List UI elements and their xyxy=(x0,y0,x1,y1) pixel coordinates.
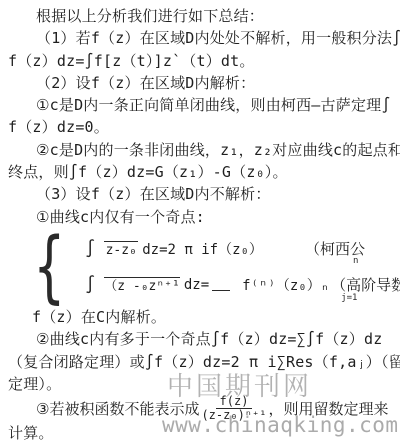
paragraph-case2-item1-formula: f（z）dz=0。 xyxy=(8,116,400,138)
derivative-note-subscript: j=1 xyxy=(341,293,357,303)
residue-fraction-numerator: f(z) xyxy=(216,395,253,409)
paragraph-case3-item1: ①曲线c内仅有一个奇点: xyxy=(8,206,400,228)
missing-coefficient-blank xyxy=(212,279,230,291)
derivative-formula-rhs: f⁽ⁿ⁾（z₀）ₙ xyxy=(242,275,329,295)
paragraph-case3-item2-cont: （复合闭路定理）或∫f（z）dz=2 π i∑Res（f,aⱼ）（留数 xyxy=(8,351,400,373)
paragraph-case1-start: （1）若f（z）在区域D内处处不解析，用一般积分法∫ xyxy=(8,27,400,49)
paragraph-analytic-in-c: f（z）在C内解析。 xyxy=(8,306,400,328)
paragraph-case3-item2-end: 定理）。 xyxy=(8,373,400,395)
paragraph-case2-item2: ②c是D内的一条非闭曲线，z₁，z₂对应曲线c的起点和 xyxy=(8,139,400,161)
cauchy-fraction: z-z₀ xyxy=(104,239,138,258)
derivative-formula-equals: dz= xyxy=(184,277,209,293)
cauchy-formula-rhs: dz=2 π if（z₀） xyxy=(142,239,263,259)
derivative-formula-row: ∫ （z -₀zⁿ⁺¹ dz= f⁽ⁿ⁾（z₀）ₙ （高阶导数公 j=1 xyxy=(83,267,400,303)
cauchy-note-subscript: n xyxy=(353,256,358,266)
cauchy-fraction-denominator: z-z₀ xyxy=(106,242,137,258)
equation-system-block: { ∫ z-z₀ dz=2 π if（z₀） （柯西公 n ∫ xyxy=(34,228,400,306)
equation-rows: ∫ z-z₀ dz=2 π if（z₀） （柯西公 n ∫ （z xyxy=(83,231,400,303)
cauchy-formula-note: （柯西公 n xyxy=(305,238,365,259)
paragraph-case3-start: （3）设f（z）在区域D内不解析： xyxy=(8,183,400,205)
derivative-fraction: （z -₀zⁿ⁺¹ xyxy=(104,275,180,294)
paragraph-case2-item2-formula: 终点，则∫f（z）dz=G（z₁）-G（z₀）。 xyxy=(8,161,400,183)
paragraph-case2-item1: ①c是D内一条正向简单闭曲线，则由柯西—古萨定理∫ xyxy=(8,94,400,116)
watermark-site-url: www.chinaqking.com xyxy=(162,413,399,437)
document-page: 中国期刊网 根据以上分析我们进行如下总结： （1）若f（z）在区域D内处处不解析… xyxy=(0,0,400,440)
paragraph-summary-intro: 根据以上分析我们进行如下总结： xyxy=(8,5,400,27)
left-brace-symbol: { xyxy=(34,228,65,306)
paragraph-case1-formula: f（z）dz=∫f[z（t）]z`（t）dt。 xyxy=(8,50,400,72)
cauchy-formula-row: ∫ z-z₀ dz=2 π if（z₀） （柯西公 n xyxy=(83,231,400,267)
derivative-fraction-denominator: （z -₀zⁿ⁺¹ xyxy=(104,278,180,294)
integral-symbol: ∫ xyxy=(85,275,95,295)
paragraph-case3-item2: ②曲线c内有多于一个奇点∫f（z）dz=∑∫f（z）dz xyxy=(8,328,400,350)
derivative-formula-note: （高阶导数公 j=1 xyxy=(331,274,400,295)
document-body: 根据以上分析我们进行如下总结： （1）若f（z）在区域D内处处不解析，用一般积分… xyxy=(8,5,400,440)
derivative-note-text: （高阶导数公 xyxy=(331,276,400,294)
integral-symbol: ∫ xyxy=(85,239,95,259)
paragraph-case2-start: （2）设f（z）在区域D内解析： xyxy=(8,72,400,94)
